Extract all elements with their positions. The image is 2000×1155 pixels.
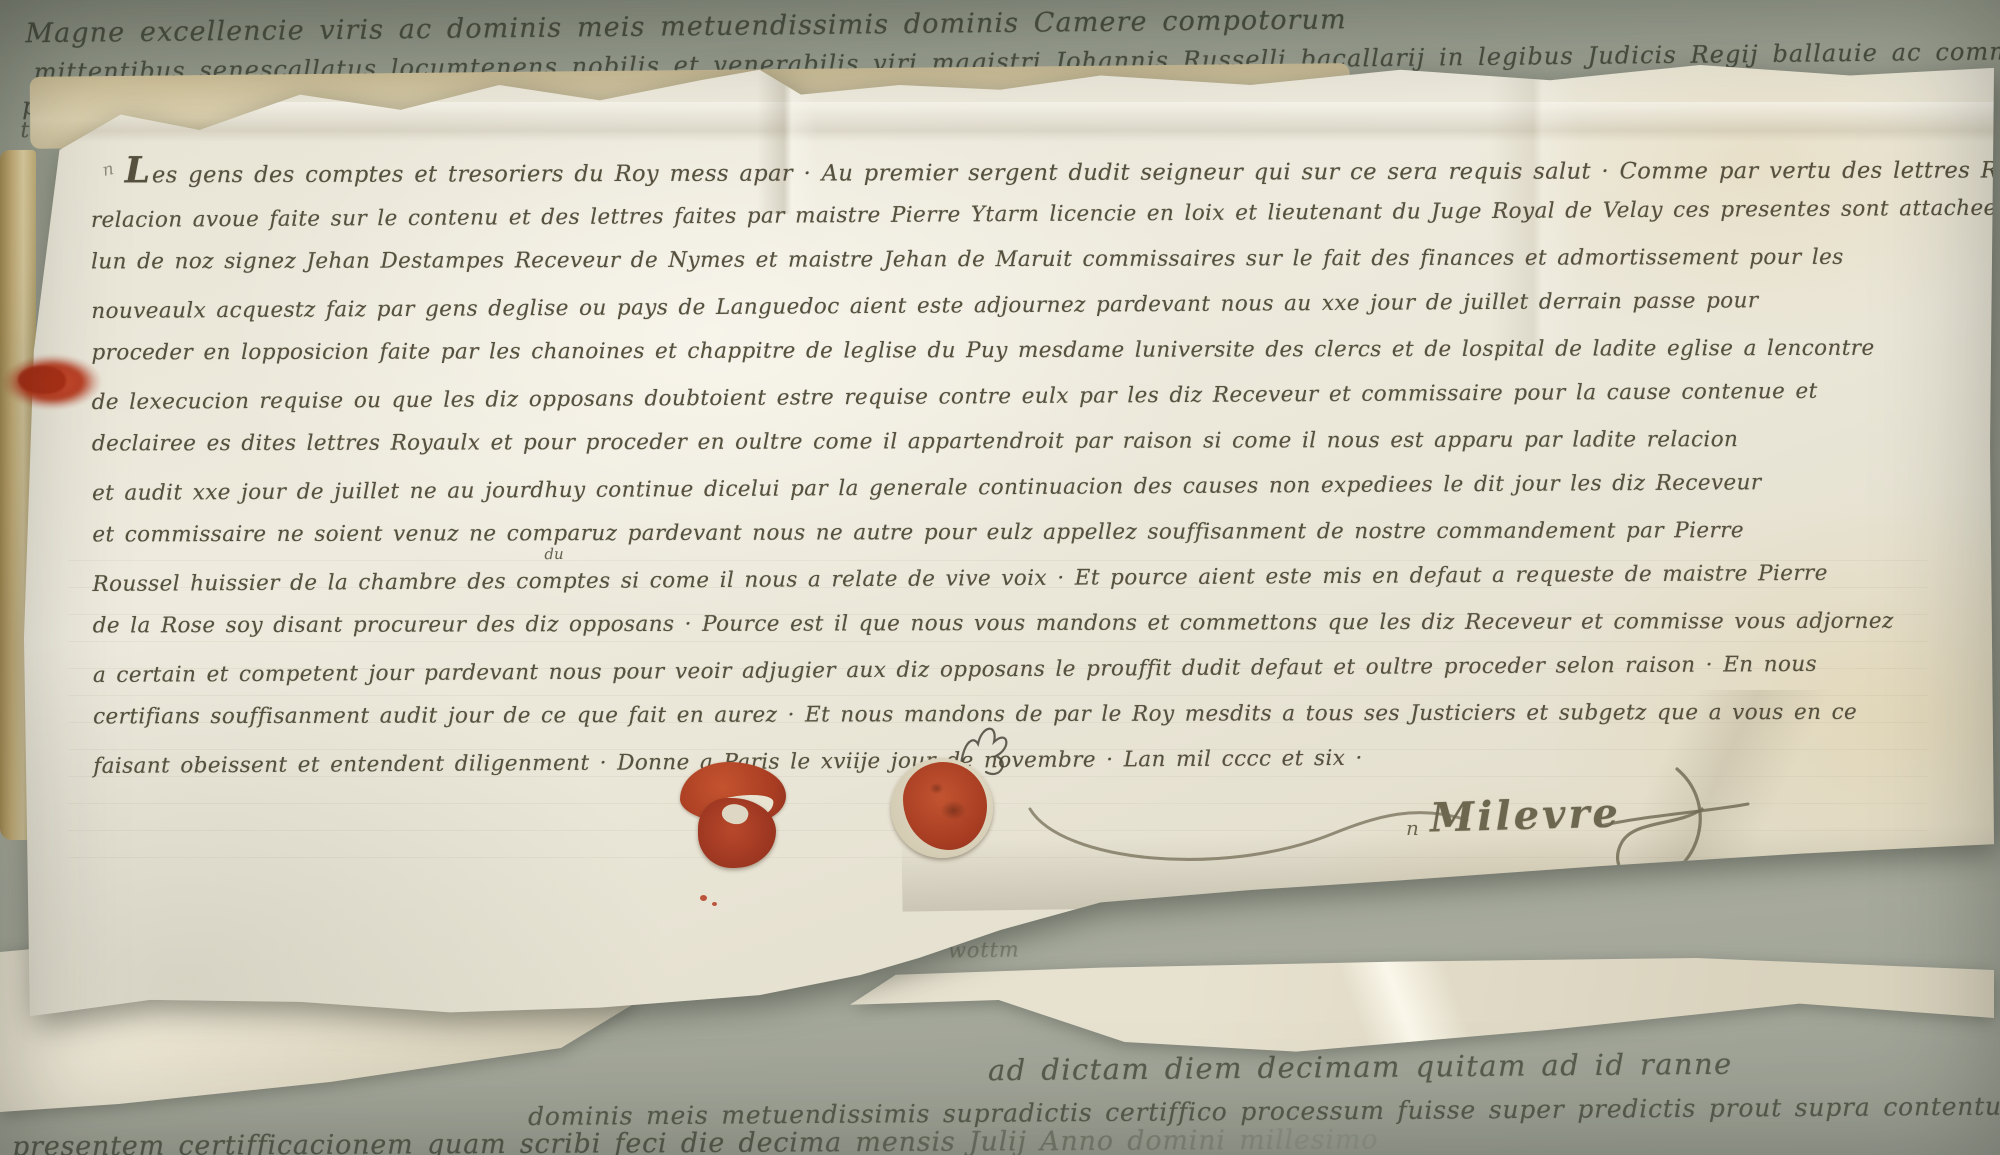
charter-line: proceder en lopposicion faite par les ch… [91, 326, 1946, 376]
red-wax-stain-core [18, 366, 66, 394]
charter-text: n Les gens des comptes et tresoriers du … [91, 142, 1949, 787]
wax-droplet [700, 895, 707, 901]
charter-line: lun de noz signez Jehan Destampes Receve… [91, 235, 1946, 285]
signature-mark: n [1406, 816, 1419, 840]
charter-line: declairee es dites lettres Royaulx et po… [92, 417, 1947, 467]
charter-wrapper: n Les gens des comptes et tresoriers du … [0, 0, 2000, 1155]
red-wax-seal [891, 758, 993, 858]
crease [22, 102, 1994, 142]
pen-flourish-swash [1022, 764, 1472, 884]
red-wax-seal-broken [676, 762, 794, 874]
manuscript-photograph: Magne excellencie viris ac dominis meis … [0, 0, 2000, 1155]
wax-droplet [712, 902, 717, 906]
charter-line: et commissaire ne soient venuz ne compar… [92, 508, 1947, 558]
charter-line: Les gens des comptes et tresoriers du Ro… [91, 144, 1946, 194]
signature-paraph [1582, 764, 1762, 924]
charter-line: de la Rose soy disant procureur des diz … [93, 599, 1948, 649]
charter-parchment: n Les gens des comptes et tresoriers du … [22, 64, 1994, 1020]
interlinear-correction: du [544, 545, 563, 563]
